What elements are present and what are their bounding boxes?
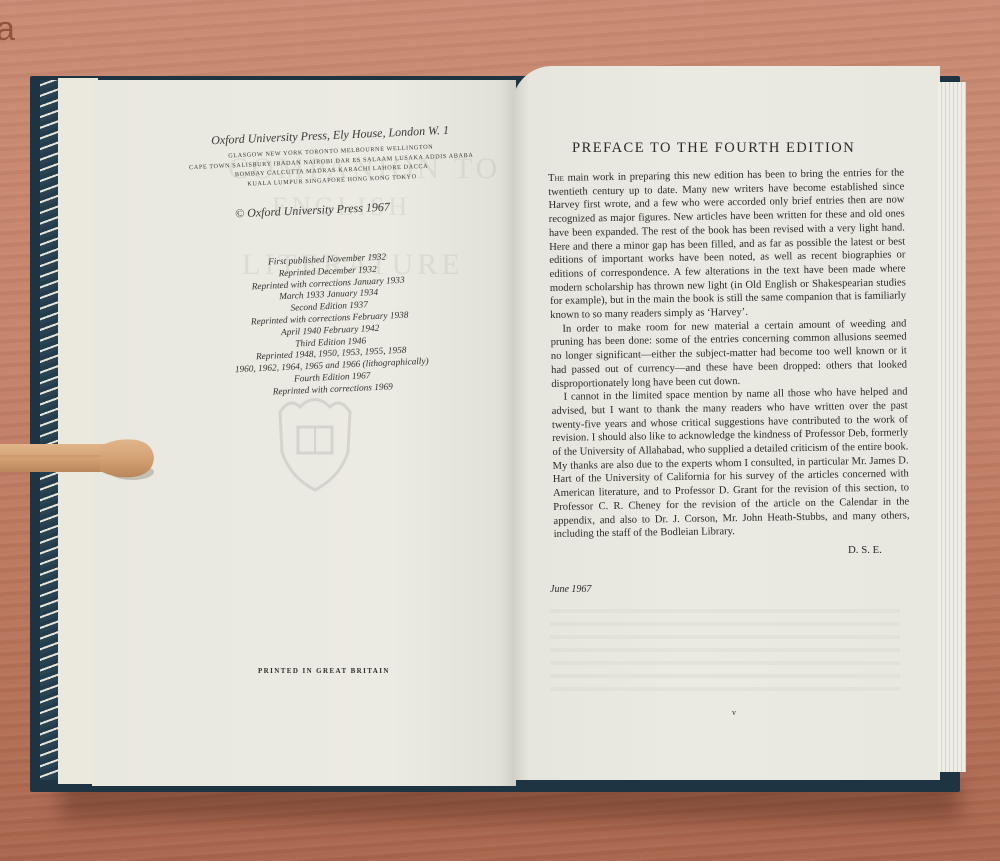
drop-lead: The [548,173,564,184]
background-letter: a [0,10,15,49]
preface-title: PREFACE TO THE FOURTH EDITION [572,140,855,157]
signature: D. S. E. [848,544,882,556]
show-through-lines [550,600,900,700]
preface-date: June 1967 [550,584,591,595]
printing-history: First published November 1932 Reprinted … [187,249,473,403]
preface-body: The main work in preparing this new edit… [548,166,910,542]
marbled-endpaper [40,80,60,780]
paragraph-text: main work in preparing this new edition … [548,167,906,321]
wooden-dowel [0,436,155,482]
oup-crest-icon [270,392,360,492]
preface-paragraph: The main work in preparing this new edit… [548,166,906,322]
right-page-edges [938,82,966,772]
preface-paragraph: In order to make room for new material a… [550,317,907,391]
preface-paragraph: I cannot in the limited space mention by… [551,386,909,542]
printed-in-line: PRINTED IN GREAT BRITAIN [258,667,390,675]
page-number: v [732,708,736,717]
